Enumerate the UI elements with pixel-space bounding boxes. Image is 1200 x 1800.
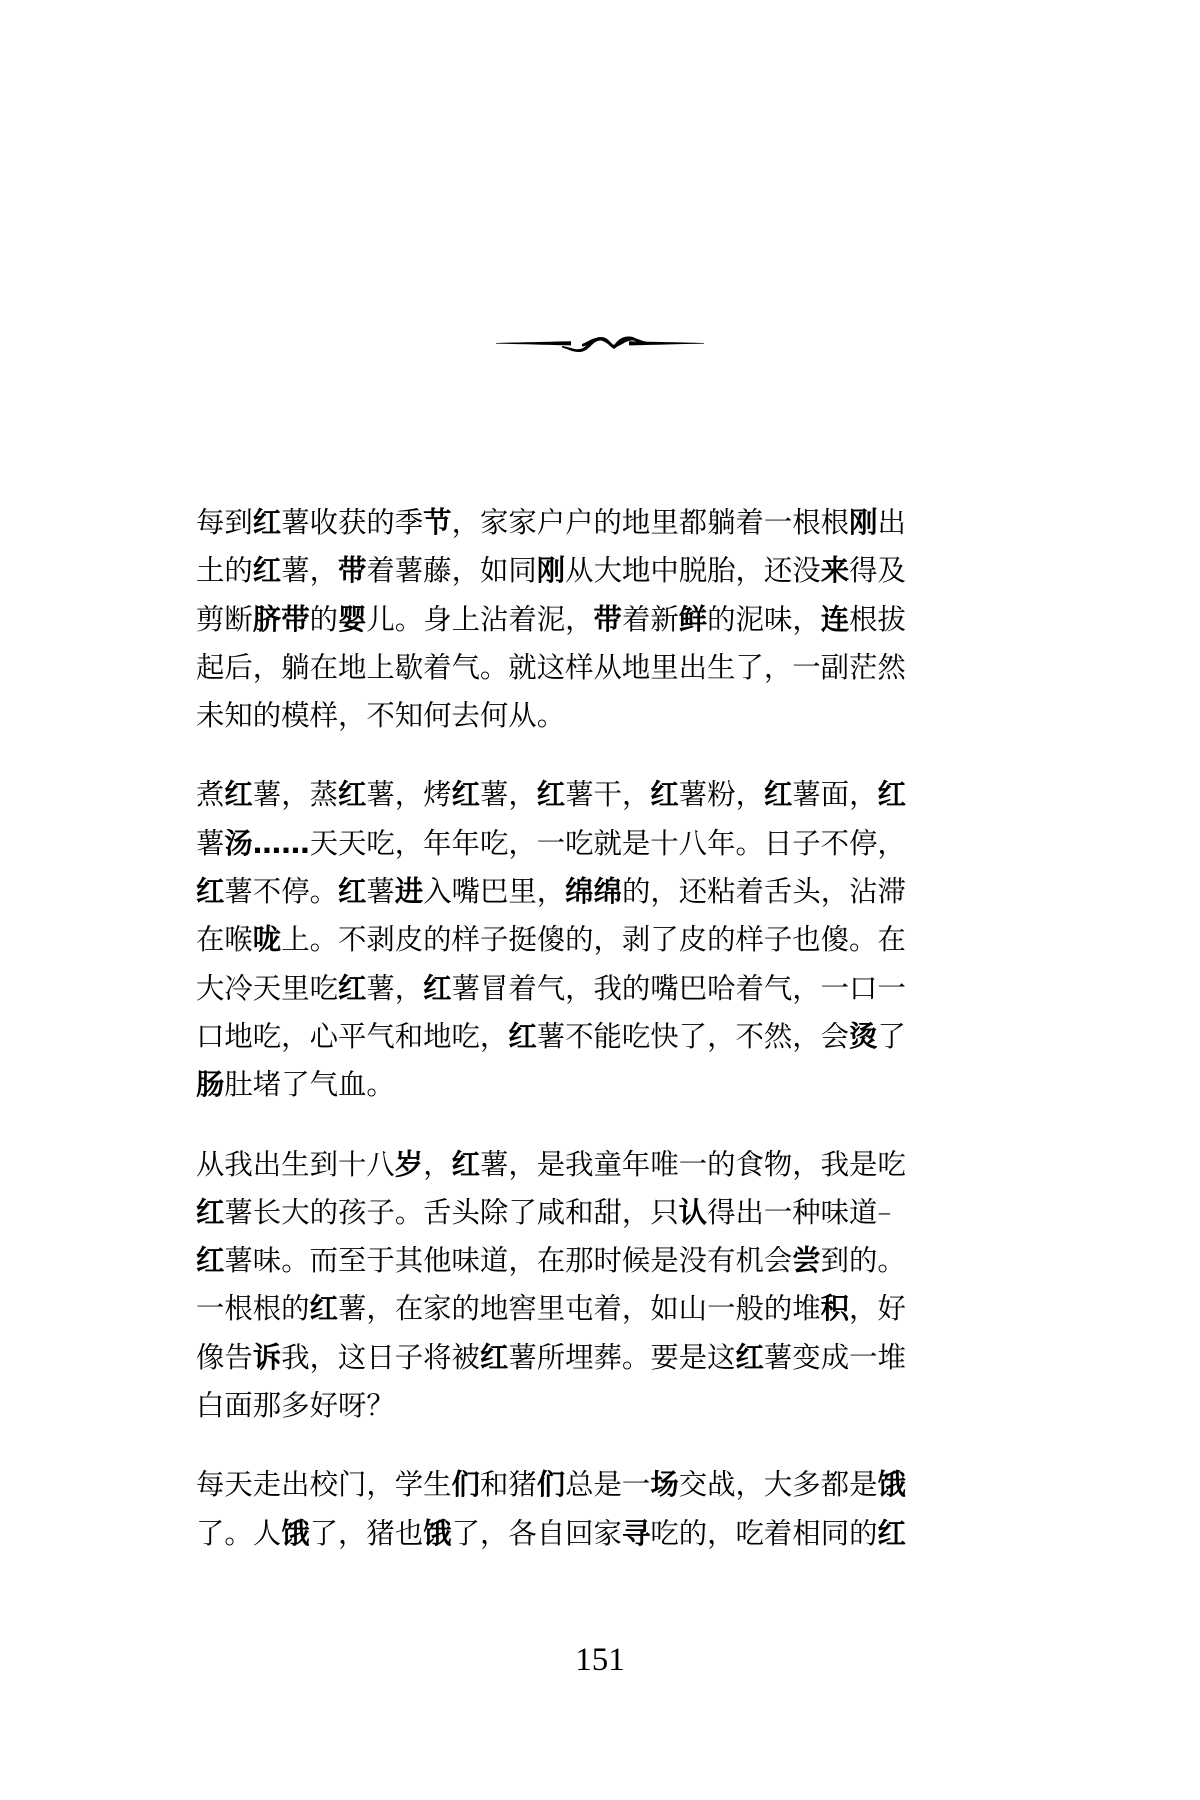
text-segment: 的，还粘着舌头，沾滞 xyxy=(622,875,906,908)
text-segment: 薯，在家的地窖里屯着，如山一般的堆 xyxy=(338,1292,821,1325)
text-segment: 饿 xyxy=(877,1468,905,1501)
text-line: 肠肚堵了气血。 xyxy=(196,1065,1006,1113)
text-segment: 带 xyxy=(594,603,622,636)
page-number: 151 xyxy=(0,1640,1200,1680)
text-segment: 们 xyxy=(452,1468,480,1501)
text-segment: 的泥味， xyxy=(707,603,821,636)
text-segment: 肠 xyxy=(196,1068,224,1101)
text-segment: 红 xyxy=(196,875,224,908)
text-segment: 尝 xyxy=(792,1244,820,1277)
text-segment: 薯收获的季 xyxy=(281,506,423,539)
text-line: 从我出生到十八岁，红薯，是我童年唯一的食物，我是吃 xyxy=(196,1145,1006,1193)
text-segment: 红 xyxy=(878,778,906,811)
text-segment: 场 xyxy=(650,1468,678,1501)
text-segment: 岁 xyxy=(395,1148,423,1181)
text-segment: 像告 xyxy=(196,1341,253,1374)
text-segment: 连 xyxy=(821,603,849,636)
text-segment: 烫 xyxy=(849,1020,877,1053)
text-segment: 红 xyxy=(423,972,451,1005)
paragraph: 每天走出校门，学生们和猪们总是一场交战，大多都是饿了。人饿了，猪也饿了，各自回家… xyxy=(196,1465,1006,1562)
text-segment: 节 xyxy=(423,506,451,539)
text-segment: 诉 xyxy=(253,1341,281,1374)
text-segment: 薯变成一堆 xyxy=(764,1341,906,1374)
text-line: 口地吃，心平气和地吃，红薯不能吃快了，不然，会烫了 xyxy=(196,1017,1006,1065)
text-segment: 薯干， xyxy=(565,778,650,811)
text-segment: 认 xyxy=(679,1196,707,1229)
text-segment: 我，这日子将被 xyxy=(281,1341,480,1374)
text-segment: 绵绵 xyxy=(565,875,622,908)
text-segment: 薯粉， xyxy=(679,778,764,811)
text-segment: 红 xyxy=(877,1517,905,1550)
text-line: 未知的模样，不知何去何从。 xyxy=(196,696,1006,744)
text-segment: 红 xyxy=(508,1020,536,1053)
text-segment: 吃的，吃着相同的 xyxy=(650,1517,877,1550)
text-segment: 起后，躺在地上歇着气。就这样从地里出生了，一副茫然 xyxy=(196,651,906,684)
text-segment: 薯不停。 xyxy=(224,875,338,908)
text-segment: 红 xyxy=(452,778,480,811)
text-segment: ，家家户户的地里都躺着一根根 xyxy=(452,506,849,539)
text-segment: 得及 xyxy=(849,554,906,587)
text-segment: 薯，是我童年唯一的食物，我是吃 xyxy=(480,1148,906,1181)
text-segment: 婴 xyxy=(338,603,366,636)
text-segment: 红 xyxy=(253,506,281,539)
text-segment: 每天走出校门，学生 xyxy=(196,1468,452,1501)
text-segment: 着薯藤，如同 xyxy=(366,554,536,587)
text-line: 红薯味。而至于其他味道，在那时候是没有机会尝到的。 xyxy=(196,1241,1006,1289)
text-segment: 薯所埋葬。要是这 xyxy=(508,1341,735,1374)
text-line: 每到红薯收获的季节，家家户户的地里都躺着一根根刚出 xyxy=(196,503,1006,551)
text-segment: 口地吃，心平气和地吃， xyxy=(196,1020,508,1053)
text-segment: 薯， xyxy=(281,554,338,587)
text-segment: 土的 xyxy=(196,554,253,587)
ornament-divider xyxy=(496,328,704,358)
text-segment: 汤…… xyxy=(224,827,309,860)
text-segment: 红 xyxy=(650,778,678,811)
text-segment: 红 xyxy=(196,1196,224,1229)
text-line: 在喉咙上。不剥皮的样子挺傻的，剥了皮的样子也傻。在 xyxy=(196,920,1006,968)
text-line: 白面那多好呀？ xyxy=(196,1386,1006,1434)
text-segment: 交战，大多都是 xyxy=(679,1468,878,1501)
paragraph: 每到红薯收获的季节，家家户户的地里都躺着一根根刚出土的红薯，带着薯藤，如同刚从大… xyxy=(196,503,1006,744)
text-segment: 红 xyxy=(338,875,366,908)
text-line: 土的红薯，带着薯藤，如同刚从大地中脱胎，还没来得及 xyxy=(196,551,1006,599)
text-segment: 红 xyxy=(310,1292,338,1325)
text-segment: 白面那多好呀？ xyxy=(196,1389,395,1422)
text-line: 起后，躺在地上歇着气。就这样从地里出生了，一副茫然 xyxy=(196,648,1006,696)
text-segment: 带 xyxy=(338,554,366,587)
text-line: 煮红薯，蒸红薯，烤红薯，红薯干，红薯粉，红薯面，红 xyxy=(196,775,1006,823)
text-segment: 薯味。而至于其他味道，在那时候是没有机会 xyxy=(224,1244,792,1277)
text-line: 剪断脐带的婴儿。身上沾着泥，带着新鲜的泥味，连根拔 xyxy=(196,600,1006,648)
text-segment: 寻 xyxy=(622,1517,650,1550)
text-segment: 大冷天里吃 xyxy=(196,972,338,1005)
text-segment: 每到 xyxy=(196,506,253,539)
text-segment: 脐带 xyxy=(253,603,310,636)
text-segment: 刚 xyxy=(849,506,877,539)
text-segment: 儿。身上沾着泥， xyxy=(366,603,593,636)
text-segment: 红 xyxy=(537,778,565,811)
text-line: 每天走出校门，学生们和猪们总是一场交战，大多都是饿 xyxy=(196,1465,1006,1513)
text-segment: 红 xyxy=(452,1148,480,1181)
text-segment: 们 xyxy=(537,1468,565,1501)
text-segment: 了。人 xyxy=(196,1517,281,1550)
text-segment: 总是一 xyxy=(565,1468,650,1501)
text-segment: 刚 xyxy=(537,554,565,587)
text-line: 大冷天里吃红薯，红薯冒着气，我的嘴巴哈着气，一口一 xyxy=(196,969,1006,1017)
text-line: 了。人饿了，猪也饿了，各自回家寻吃的，吃着相同的红 xyxy=(196,1514,1006,1562)
text-segment: 鲜 xyxy=(679,603,707,636)
text-segment: ， xyxy=(423,1148,451,1181)
text-segment: 红 xyxy=(253,554,281,587)
text-segment: 进 xyxy=(395,875,423,908)
text-segment: 入嘴巴里， xyxy=(423,875,565,908)
text-segment: 红 xyxy=(338,972,366,1005)
text-segment: 红 xyxy=(338,778,366,811)
text-segment: 薯， xyxy=(480,778,537,811)
text-segment: 天天吃，年年吃，一吃就是十八年。日子不停， xyxy=(310,827,906,860)
text-segment: 的 xyxy=(310,603,338,636)
text-segment: 上。不剥皮的样子挺傻的，剥了皮的样子也傻。在 xyxy=(281,923,906,956)
text-segment: 在喉 xyxy=(196,923,253,956)
text-segment: ，好 xyxy=(849,1292,906,1325)
text-segment: 红 xyxy=(736,1341,764,1374)
text-segment: 薯长大的孩子。舌头除了咸和甜，只 xyxy=(224,1196,678,1229)
text-segment: 饿 xyxy=(423,1517,451,1550)
text-segment: 红 xyxy=(764,778,792,811)
text-segment: 剪断 xyxy=(196,603,253,636)
text-segment: 红 xyxy=(196,1244,224,1277)
swash-ornament-icon xyxy=(496,328,704,358)
text-segment: 薯面， xyxy=(792,778,877,811)
text-segment: 一根根的 xyxy=(196,1292,310,1325)
text-segment: 根拔 xyxy=(849,603,906,636)
text-segment: 薯，蒸 xyxy=(253,778,338,811)
text-segment: 从我出生到十八 xyxy=(196,1148,395,1181)
text-segment: 薯冒着气，我的嘴巴哈着气，一口一 xyxy=(452,972,906,1005)
text-line: 一根根的红薯，在家的地窖里屯着，如山一般的堆积，好 xyxy=(196,1289,1006,1337)
text-line: 红薯长大的孩子。舌头除了咸和甜，只认得出一种味道– xyxy=(196,1193,1006,1241)
text-segment: 饿 xyxy=(281,1517,309,1550)
text-segment: 煮 xyxy=(196,778,224,811)
text-segment: 薯不能吃快了，不然，会 xyxy=(537,1020,849,1053)
text-segment: 了，各自回家 xyxy=(452,1517,622,1550)
text-segment: 来 xyxy=(821,554,849,587)
text-segment: 着新 xyxy=(622,603,679,636)
text-segment: 从大地中脱胎，还没 xyxy=(565,554,821,587)
text-segment: 咙 xyxy=(253,923,281,956)
text-segment: 了 xyxy=(877,1020,905,1053)
text-line: 像告诉我，这日子将被红薯所埋葬。要是这红薯变成一堆 xyxy=(196,1338,1006,1386)
paragraph: 从我出生到十八岁，红薯，是我童年唯一的食物，我是吃红薯长大的孩子。舌头除了咸和甜… xyxy=(196,1145,1006,1435)
text-segment: 薯，烤 xyxy=(366,778,451,811)
text-segment: 积 xyxy=(821,1292,849,1325)
text-segment: 薯 xyxy=(366,875,394,908)
text-segment: 得出一种味道– xyxy=(707,1196,892,1229)
text-segment: 薯， xyxy=(366,972,423,1005)
text-segment: 出 xyxy=(877,506,905,539)
text-segment: 到的。 xyxy=(821,1244,906,1277)
paragraph: 煮红薯，蒸红薯，烤红薯，红薯干，红薯粉，红薯面，红薯汤……天天吃，年年吃，一吃就… xyxy=(196,775,1006,1113)
text-segment: 未知的模样，不知何去何从。 xyxy=(196,699,565,732)
text-segment: 和猪 xyxy=(480,1468,537,1501)
text-segment: 红 xyxy=(224,778,252,811)
body-text: 每到红薯收获的季节，家家户户的地里都躺着一根根刚出土的红薯，带着薯藤，如同刚从大… xyxy=(196,503,1006,1593)
text-segment: 薯 xyxy=(196,827,224,860)
text-line: 红薯不停。红薯进入嘴巴里，绵绵的，还粘着舌头，沾滞 xyxy=(196,872,1006,920)
text-line: 薯汤……天天吃，年年吃，一吃就是十八年。日子不停， xyxy=(196,824,1006,872)
text-segment: 肚堵了气血。 xyxy=(224,1068,394,1101)
text-segment: 红 xyxy=(480,1341,508,1374)
text-segment: 了，猪也 xyxy=(310,1517,424,1550)
